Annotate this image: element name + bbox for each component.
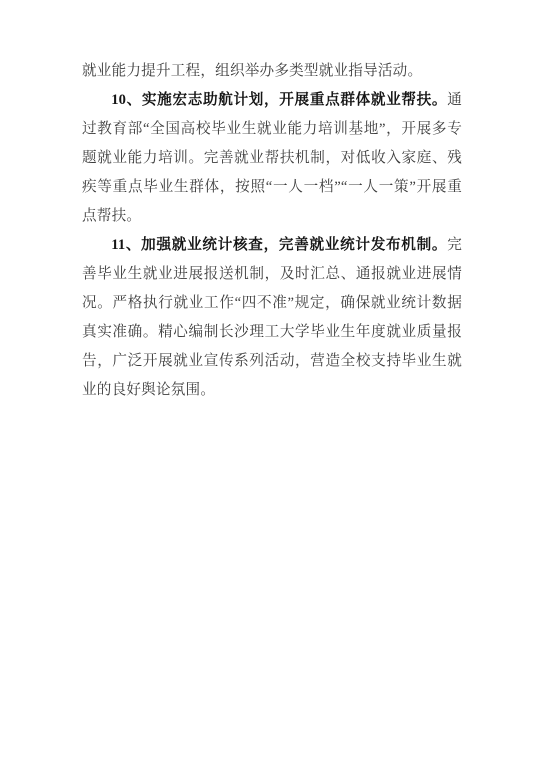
paragraph-item-11-heading: 11、加强就业统计核查，完善就业统计发布机制。	[111, 237, 447, 253]
paragraph-item-10: 10、实施宏志助航计划，开展重点群体就业帮扶。通过教育部“全国高校毕业生就业能力…	[82, 86, 462, 231]
paragraph-item-11: 11、加强就业统计核查，完善就业统计发布机制。完善毕业生就业进展报送机制，及时汇…	[82, 231, 462, 405]
paragraph-continuation-text: 就业能力提升工程，组织举办多类型就业指导活动。	[82, 63, 422, 79]
paragraph-continuation: 就业能力提升工程，组织举办多类型就业指导活动。	[82, 57, 462, 86]
document-page: 就业能力提升工程，组织举办多类型就业指导活动。 10、实施宏志助航计划，开展重点…	[0, 0, 543, 768]
paragraph-item-10-text: 通过教育部“全国高校毕业生就业能力培训基地”，开展多专题就业能力培训。完善就业帮…	[82, 92, 462, 224]
paragraph-item-10-heading: 10、实施宏志助航计划，开展重点群体就业帮扶。	[111, 92, 447, 108]
paragraph-item-11-text: 完善毕业生就业进展报送机制，及时汇总、通报就业进展情况。严格执行就业工作“四不准…	[82, 237, 462, 398]
document-text-block: 就业能力提升工程，组织举办多类型就业指导活动。 10、实施宏志助航计划，开展重点…	[82, 57, 462, 405]
